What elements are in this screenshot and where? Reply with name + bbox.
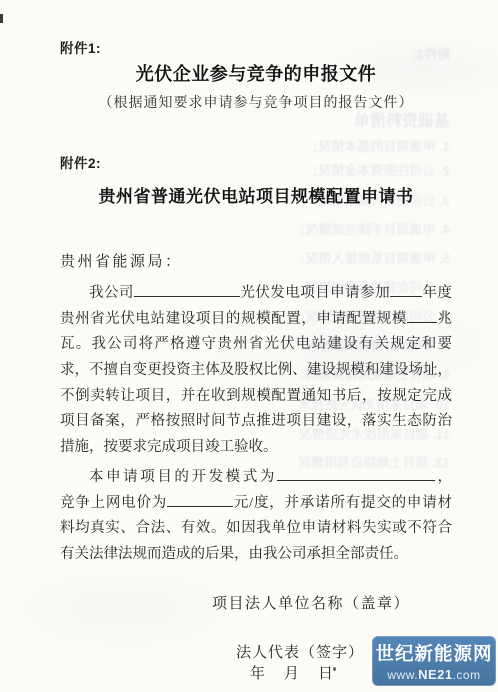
blank-underline [167, 493, 233, 507]
watermark-site-name: 世纪新能源网 [372, 640, 496, 666]
scan-speck [333, 667, 336, 671]
letter-body: 我公司光伏发电项目申请参加年度 贵州省光伏电站建设项目的规模配置，申请配置规模兆… [60, 281, 452, 568]
body-line: 瓦。我公司将严格遵守贵州省光伏电站建设有关规定和要 [60, 332, 452, 358]
watermark-site-url: www.NE21.com [372, 667, 496, 682]
watermark-url-prefix: www. [387, 668, 418, 682]
body-text: 本申请项目的开发模式为 [89, 469, 277, 485]
watermark-url-suffix: .com [453, 668, 481, 682]
body-line: 不倒卖转让项目，并在收到规模配置通知书后，按规定完成 [60, 384, 452, 410]
body-line: 我公司光伏发电项目申请参加年度 [60, 281, 452, 307]
bleedthrough-text: 5. 申请项目系统接入情况； [298, 248, 450, 267]
attachment1-label: 附件1: [60, 37, 101, 57]
body-text: 兆 [437, 311, 452, 327]
blank-underline [390, 283, 422, 297]
signature-date: 年 月 日 [250, 662, 335, 683]
body-line: 料均真实、合法、有效。如因我单位申请材料失实或不符合 [60, 516, 452, 542]
scan-speck [0, 14, 3, 23]
body-text: ， [435, 469, 452, 485]
body-line: 求，不擅自变更投资主体及股权比例、建设规模和建设场址， [60, 358, 452, 384]
blank-underline [134, 283, 240, 297]
attachment1-subtitle: （根据通知要求申请参与竞争项目的报告文件） [7, 92, 498, 112]
bleedthrough-text: 4. 申请项目手续完成情况； [298, 219, 450, 238]
body-text: 贵州省光伏电站建设项目的规模配置，申请配置规模 [60, 311, 407, 327]
body-line: 贵州省光伏电站建设项目的规模配置，申请配置规模兆 [60, 307, 452, 333]
bleedthrough-text: 1. 申请项目的基本情况； [298, 136, 450, 155]
attachment1-title: 光伏企业参与竞争的申报文件 [7, 60, 498, 86]
signature-rep: 法人代表（签字） [236, 641, 364, 662]
body-text: 光伏发电项目申请参加 [240, 285, 390, 301]
body-text: 年度 [422, 285, 452, 301]
attachment2-label: 附件2: [60, 152, 101, 172]
watermark-url-brand: NE21 [418, 667, 453, 682]
body-line: 项目备案，严格按照时间节点推进项目建设，落实生态防治 [60, 409, 452, 435]
signature-org: 项目法人单位名称（盖章） [212, 592, 410, 613]
watermark-badge: 世纪新能源网 www.NE21.com [372, 636, 496, 686]
attachment2-title: 贵州省普通光伏电站项目规模配置申请书 [7, 182, 498, 207]
body-text: 我公司 [89, 285, 134, 301]
blank-underline [407, 309, 437, 323]
bleedthrough-text: 2. 公司注册资本金情况； [298, 160, 450, 179]
scanned-document-page: 附件3: 基础资料清单 1. 申请项目的基本情况； 2. 公司注册资本金情况； … [0, 0, 498, 692]
blank-underline [277, 467, 435, 481]
body-text: 竞争上网电价为 [60, 495, 167, 511]
body-line: 竞争上网电价为元/度，并承诺所有提交的申请材 [60, 491, 452, 517]
body-text: 元/度，并承诺所有提交的申请材 [233, 495, 452, 511]
body-line: 有关法律法规而造成的后果，由我公司承担全部责任。 [60, 542, 452, 568]
salutation: 贵州省能源局： [60, 250, 183, 271]
body-line: 措施，按要求完成项目竣工验收。 [60, 435, 452, 461]
body-line: 本申请项目的开发模式为， [60, 465, 452, 491]
